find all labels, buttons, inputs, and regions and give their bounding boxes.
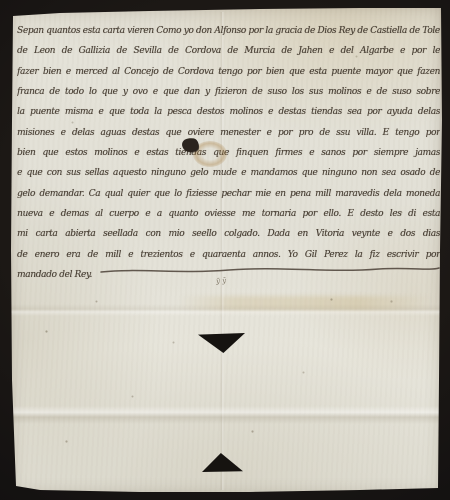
horizontal-fold-crease-lower [11,406,440,424]
manuscript-line-4: franca de todo lo que y ovo e que dan y … [17,82,440,102]
parchment-specks [0,0,1,1]
manuscript-line-6: misiones e delas aguas destas que oviere… [17,123,440,143]
manuscript-line-10: nueva e demas al cuerpo e a quanto ovies… [17,204,440,224]
manuscript-line-9: gelo demandar. Ca qual quier que lo fizi… [17,184,440,204]
manuscript-line-8: e que con sus sellas aquesto ninguno gel… [17,163,440,183]
horizontal-fold-crease-upper [11,304,441,316]
manuscript-text-block: Sepan quantos esta carta vieren Como yo … [17,21,440,285]
seal-slit-lower-triangle [202,453,243,472]
parchment-sheet: Sepan quantos esta carta vieren Como yo … [0,0,450,500]
manuscript-line-1: Sepan quantos esta carta vieren Como yo … [17,21,440,41]
manuscript-line-3: fazer bien e merced al Concejo de Cordov… [17,62,440,82]
manuscript-line-7: bien que estos molinos e estas tiendas q… [17,143,440,163]
manuscript-line-5: la puente misma e que toda la pesca dest… [17,102,440,122]
manuscript-line-2: de Leon de Gallizia de Sevilla de Cordov… [17,41,440,61]
seal-slit-upper-triangle [198,333,245,353]
manuscript-line-11: mi carta abierta seellada con mio seello… [17,224,440,244]
photo-background: Sepan quantos esta carta vieren Como yo … [0,0,450,500]
final-flourish-stroke [99,263,441,278]
